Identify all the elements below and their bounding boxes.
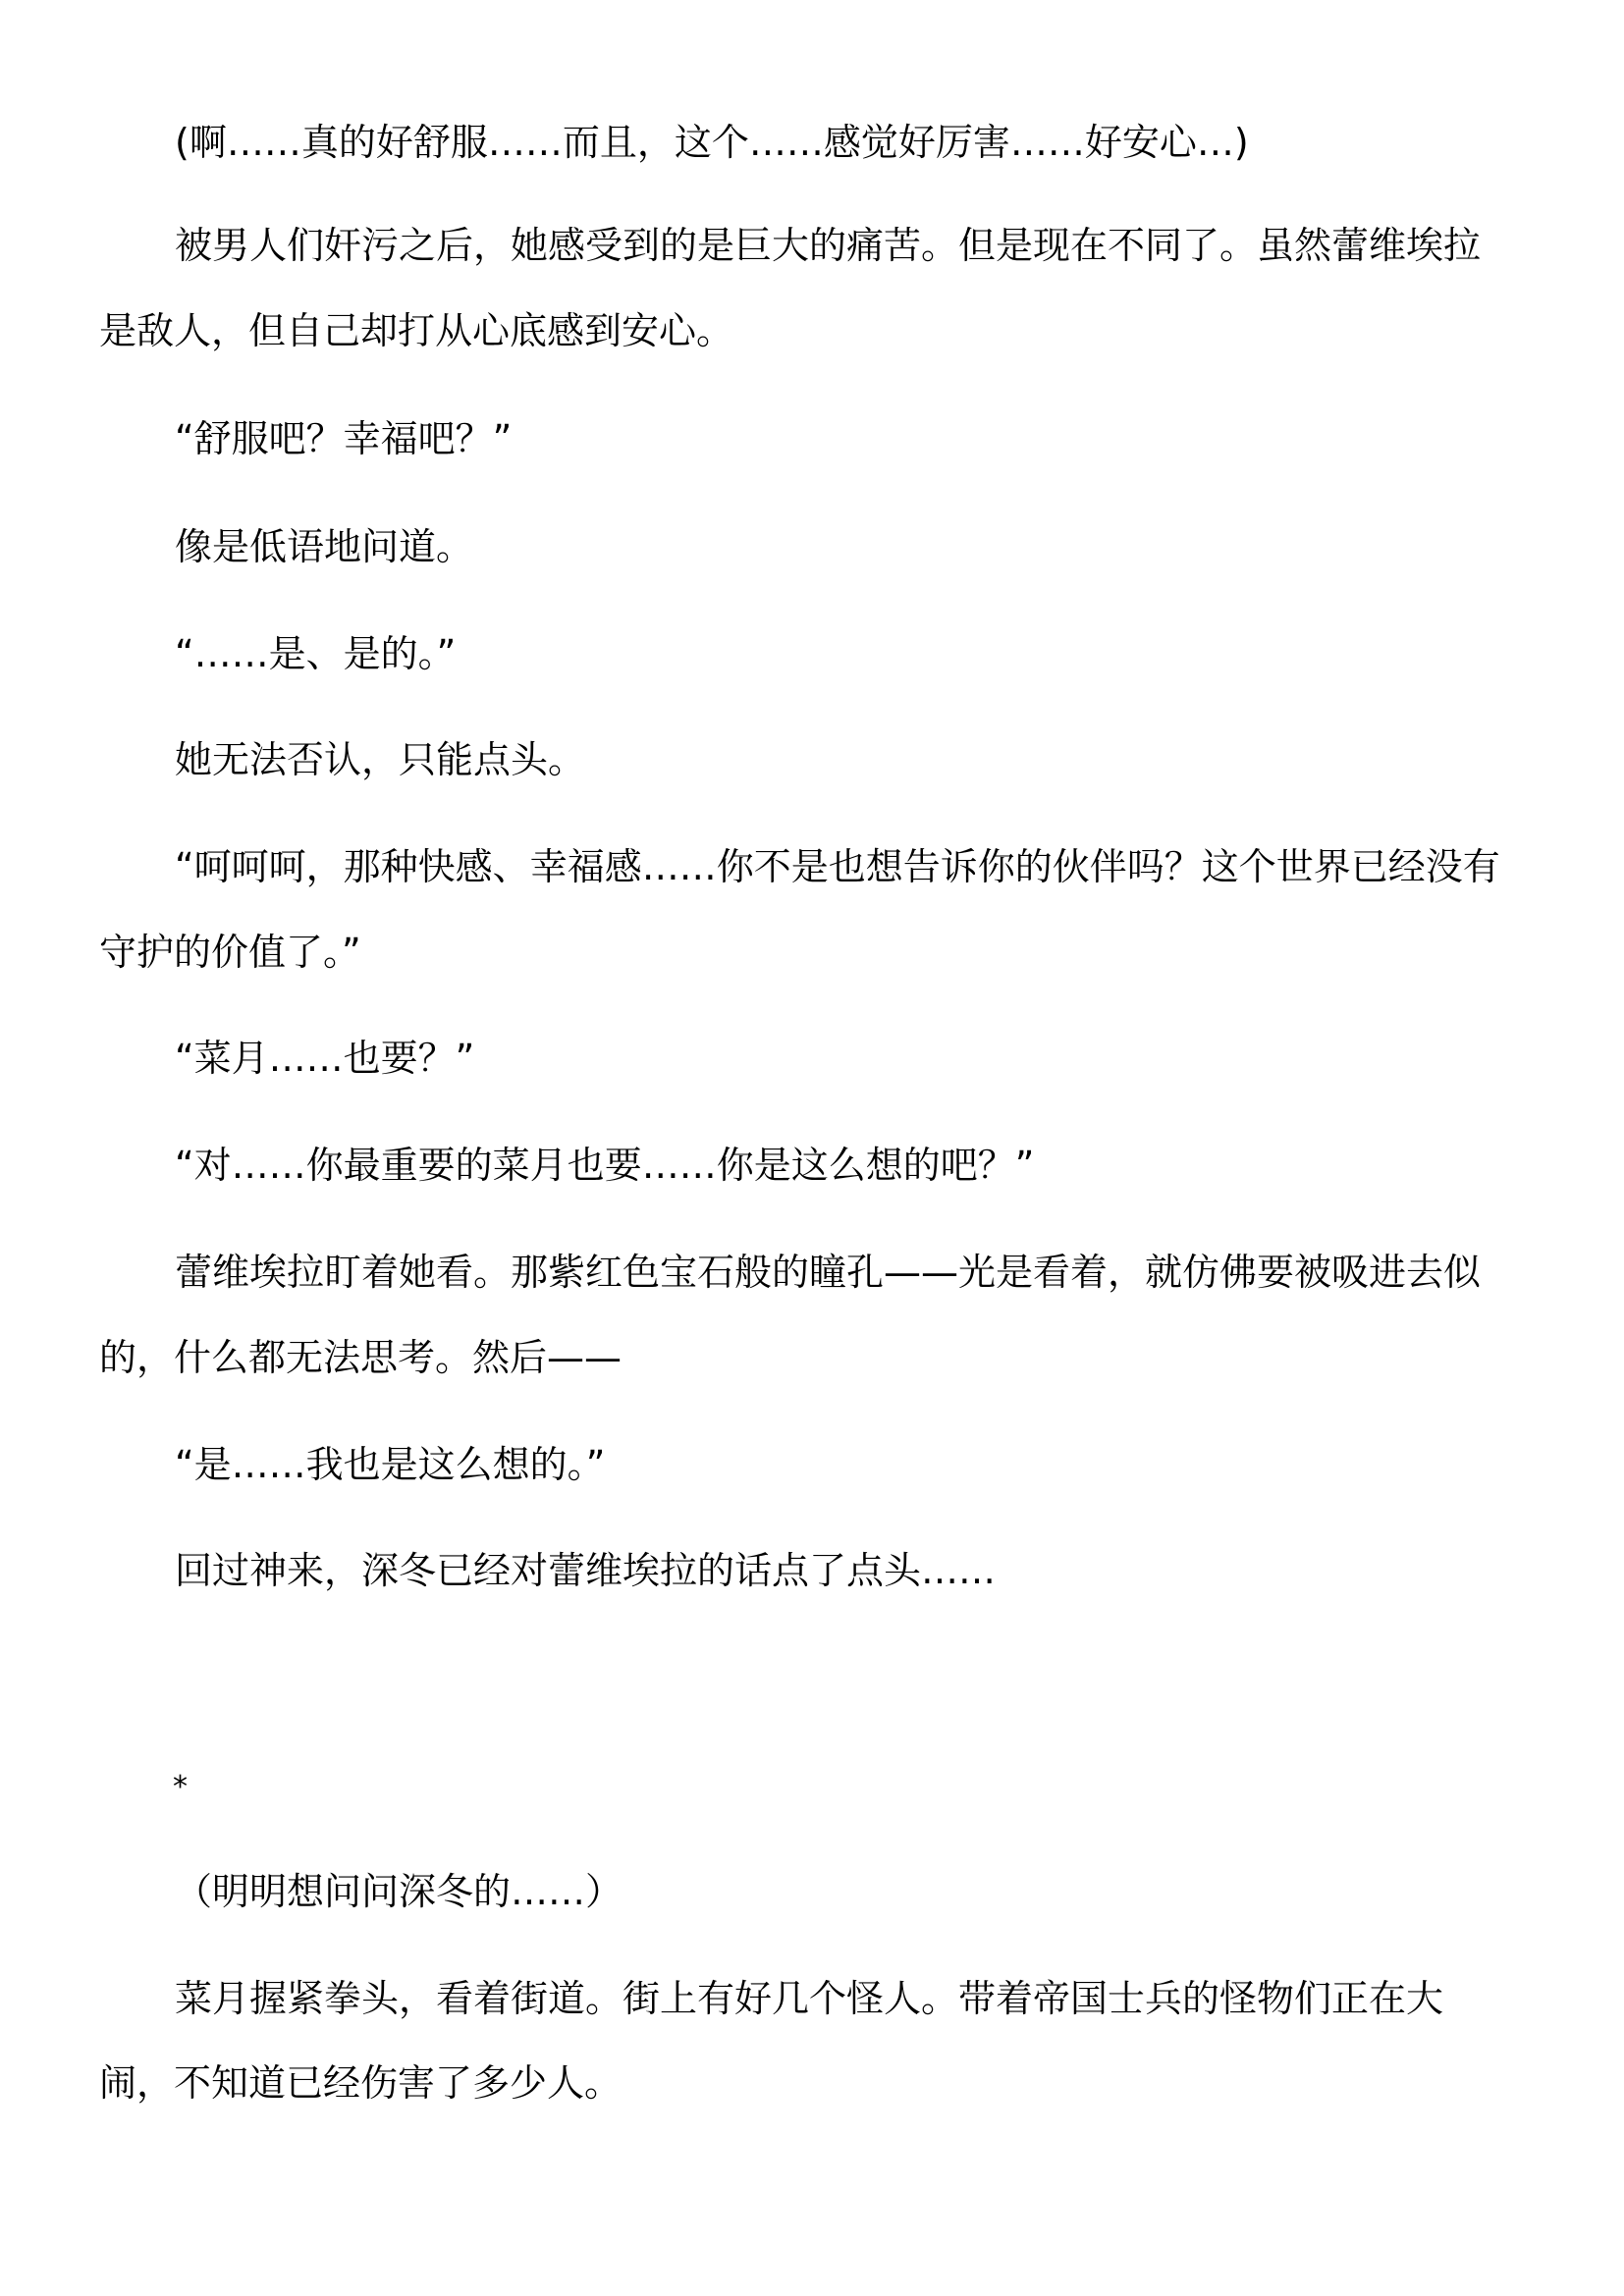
paragraph-narration-line: 蕾维埃拉盯着她看。那紫红色宝石般的瞳孔——光是看着，就仿佛要被吸进去似: [175, 1251, 1481, 1294]
paragraph-narration-line: 回过神来，深冬已经对蕾维埃拉的话点了点头……: [175, 1549, 996, 1592]
paragraph-dialogue-line: “对……你最重要的菜月也要……你是这么想的吧？”: [175, 1144, 1034, 1187]
paragraph-narration-line: 她无法否认，只能点头。: [175, 738, 585, 781]
paragraph-dialogue-line-wrap: 守护的价值了。”: [99, 931, 361, 974]
paragraph-thought-line: (啊……真的好舒服……而且，这个……感觉好厉害……好安心…): [175, 121, 1249, 164]
paragraph-dialogue-line: “呵呵呵，那种快感、幸福感……你不是也想告诉你的伙伴吗？这个世界已经没有: [175, 845, 1500, 888]
paragraph-narration-line-wrap: 闹，不知道已经伤害了多少人。: [99, 2061, 622, 2105]
paragraph-narration-line: 像是低语地问道。: [175, 525, 473, 568]
paragraph-dialogue-line: “菜月……也要？”: [175, 1037, 474, 1080]
paragraph-dialogue-line: “舒服吧？幸福吧？”: [175, 417, 512, 460]
paragraph-dialogue-line: “……是、是的。”: [175, 632, 456, 675]
paragraph-thought-line: （明明想问问深冬的……）: [175, 1870, 623, 1913]
paragraph-narration-line: 菜月握紧拳头，看着街道。街上有好几个怪人。带着帝国士兵的怪物们正在大: [175, 1977, 1443, 2020]
scene-break-asterisk: *: [173, 1773, 188, 1802]
document-page: (啊……真的好舒服……而且，这个……感觉好厉害……好安心…) 被男人们奸污之后，…: [0, 0, 1624, 2296]
paragraph-narration-line: 被男人们奸污之后，她感受到的是巨大的痛苦。但是现在不同了。虽然蕾维埃拉: [175, 224, 1481, 267]
paragraph-dialogue-line: “是……我也是这么想的。”: [175, 1443, 605, 1486]
paragraph-narration-line-wrap: 是敌人，但自己却打从心底感到安心。: [99, 309, 733, 352]
paragraph-narration-line-wrap: 的，什么都无法思考。然后——: [99, 1336, 622, 1379]
